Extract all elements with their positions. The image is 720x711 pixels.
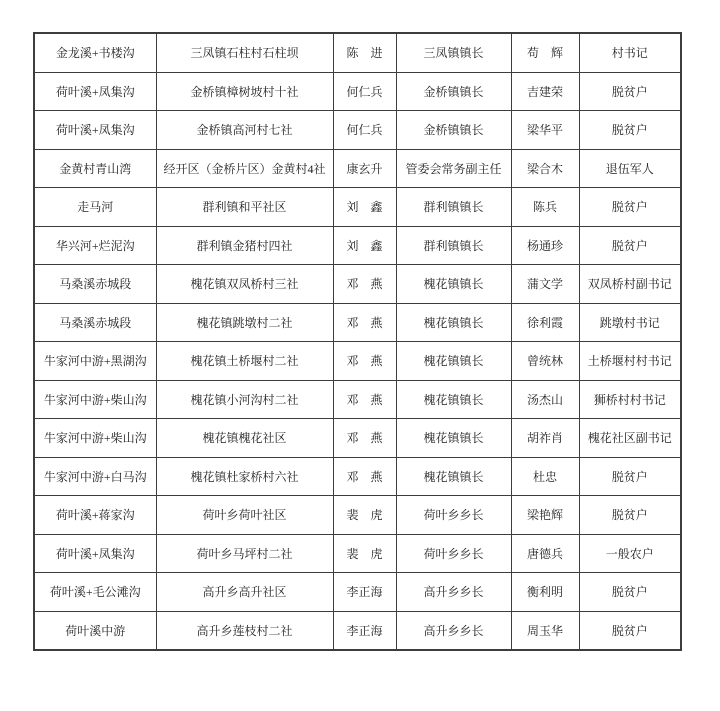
cell-location: 槐花镇小河沟村二社 [156, 380, 333, 419]
cell-river-section: 荷叶溪中游 [34, 611, 156, 650]
cell-resident-name: 吉建荣 [511, 72, 579, 111]
cell-resident-identity: 村书记 [579, 33, 681, 72]
table-row: 牛家河中游+柴山沟 槐花镇槐花社区 邓 燕 槐花镇镇长 胡祚肖 槐花社区副书记 [34, 419, 681, 458]
cell-chief-name: 裴 虎 [333, 496, 396, 535]
cell-location: 群利镇和平社区 [156, 188, 333, 227]
cell-river-section: 金黄村青山湾 [34, 149, 156, 188]
cell-river-section: 牛家河中游+黑湖沟 [34, 342, 156, 381]
table-row: 马桑溪赤城段 槐花镇跳墩村二社 邓 燕 槐花镇镇长 徐利霞 跳墩村书记 [34, 303, 681, 342]
table-row: 牛家河中游+柴山沟 槐花镇小河沟村二社 邓 燕 槐花镇镇长 汤杰山 狮桥村村书记 [34, 380, 681, 419]
cell-resident-identity: 脱贫户 [579, 111, 681, 150]
table-row: 荷叶溪中游 高升乡莲枝村二社 李正海 高升乡乡长 周玉华 脱贫户 [34, 611, 681, 650]
cell-location: 金桥镇高河村七社 [156, 111, 333, 150]
cell-chief-name: 邓 燕 [333, 380, 396, 419]
cell-location: 经开区（金桥片区）金黄村4社 [156, 149, 333, 188]
cell-chief-title: 槐花镇镇长 [396, 265, 511, 304]
cell-chief-name: 李正海 [333, 573, 396, 612]
cell-river-section: 马桑溪赤城段 [34, 265, 156, 304]
cell-resident-name: 杜忠 [511, 457, 579, 496]
cell-location: 高升乡莲枝村二社 [156, 611, 333, 650]
cell-resident-identity: 双凤桥村副书记 [579, 265, 681, 304]
cell-location: 荷叶乡马坪村二社 [156, 534, 333, 573]
cell-river-section: 走马河 [34, 188, 156, 227]
cell-chief-name: 邓 燕 [333, 342, 396, 381]
cell-chief-title: 高升乡乡长 [396, 573, 511, 612]
cell-location: 金桥镇樟树坡村十社 [156, 72, 333, 111]
cell-chief-name: 康玄升 [333, 149, 396, 188]
cell-chief-title: 群利镇镇长 [396, 226, 511, 265]
cell-resident-name: 徐利霞 [511, 303, 579, 342]
cell-chief-title: 三凤镇镇长 [396, 33, 511, 72]
table-row: 荷叶溪+凤集沟 金桥镇高河村七社 何仁兵 金桥镇镇长 梁华平 脱贫户 [34, 111, 681, 150]
table-row: 华兴河+烂泥沟 群利镇金猪村四社 刘 鑫 群利镇镇长 杨通珍 脱贫户 [34, 226, 681, 265]
cell-river-section: 荷叶溪+凤集沟 [34, 72, 156, 111]
cell-resident-name: 陈兵 [511, 188, 579, 227]
cell-chief-name: 李正海 [333, 611, 396, 650]
cell-resident-name: 梁艳辉 [511, 496, 579, 535]
table-row: 牛家河中游+白马沟 槐花镇杜家桥村六社 邓 燕 槐花镇镇长 杜忠 脱贫户 [34, 457, 681, 496]
table-row: 牛家河中游+黑湖沟 槐花镇土桥堰村二社 邓 燕 槐花镇镇长 曾统林 土桥堰村村书… [34, 342, 681, 381]
cell-river-section: 荷叶溪+蒋家沟 [34, 496, 156, 535]
table-row: 荷叶溪+凤集沟 荷叶乡马坪村二社 裴 虎 荷叶乡乡长 唐德兵 一般农户 [34, 534, 681, 573]
cell-location: 高升乡高升社区 [156, 573, 333, 612]
cell-chief-title: 金桥镇镇长 [396, 72, 511, 111]
table-row: 马桑溪赤城段 槐花镇双凤桥村三社 邓 燕 槐花镇镇长 蒲文学 双凤桥村副书记 [34, 265, 681, 304]
cell-resident-identity: 脱贫户 [579, 573, 681, 612]
cell-resident-name: 梁合木 [511, 149, 579, 188]
cell-chief-title: 槐花镇镇长 [396, 380, 511, 419]
table-row: 走马河 群利镇和平社区 刘 鑫 群利镇镇长 陈兵 脱贫户 [34, 188, 681, 227]
cell-river-section: 荷叶溪+凤集沟 [34, 534, 156, 573]
cell-chief-title: 槐花镇镇长 [396, 419, 511, 458]
cell-river-section: 牛家河中游+白马沟 [34, 457, 156, 496]
table-row: 荷叶溪+蒋家沟 荷叶乡荷叶社区 裴 虎 荷叶乡乡长 梁艳辉 脱贫户 [34, 496, 681, 535]
cell-resident-identity: 一般农户 [579, 534, 681, 573]
cell-river-section: 牛家河中游+柴山沟 [34, 419, 156, 458]
table-row: 荷叶溪+凤集沟 金桥镇樟树坡村十社 何仁兵 金桥镇镇长 吉建荣 脱贫户 [34, 72, 681, 111]
cell-location: 槐花镇槐花社区 [156, 419, 333, 458]
cell-chief-name: 陈 进 [333, 33, 396, 72]
cell-river-section: 牛家河中游+柴山沟 [34, 380, 156, 419]
cell-location: 槐花镇跳墩村二社 [156, 303, 333, 342]
cell-resident-identity: 狮桥村村书记 [579, 380, 681, 419]
cell-resident-identity: 脱贫户 [579, 72, 681, 111]
cell-location: 群利镇金猪村四社 [156, 226, 333, 265]
cell-resident-name: 梁华平 [511, 111, 579, 150]
cell-resident-identity: 脱贫户 [579, 457, 681, 496]
cell-chief-name: 邓 燕 [333, 265, 396, 304]
cell-chief-title: 槐花镇镇长 [396, 303, 511, 342]
cell-resident-name: 唐德兵 [511, 534, 579, 573]
cell-chief-name: 邓 燕 [333, 419, 396, 458]
cell-resident-identity: 脱贫户 [579, 226, 681, 265]
cell-chief-title: 管委会常务副主任 [396, 149, 511, 188]
cell-chief-name: 何仁兵 [333, 111, 396, 150]
cell-resident-name: 曾统林 [511, 342, 579, 381]
cell-chief-title: 槐花镇镇长 [396, 342, 511, 381]
cell-resident-identity: 槐花社区副书记 [579, 419, 681, 458]
cell-resident-name: 胡祚肖 [511, 419, 579, 458]
table-row: 金龙溪+书楼沟 三凤镇石柱村石柱坝 陈 进 三凤镇镇长 苟 辉 村书记 [34, 33, 681, 72]
cell-chief-title: 荷叶乡乡长 [396, 496, 511, 535]
cell-chief-name: 裴 虎 [333, 534, 396, 573]
cell-chief-title: 槐花镇镇长 [396, 457, 511, 496]
cell-chief-name: 刘 鑫 [333, 188, 396, 227]
cell-chief-name: 刘 鑫 [333, 226, 396, 265]
cell-location: 荷叶乡荷叶社区 [156, 496, 333, 535]
cell-resident-name: 苟 辉 [511, 33, 579, 72]
cell-location: 槐花镇杜家桥村六社 [156, 457, 333, 496]
cell-river-section: 华兴河+烂泥沟 [34, 226, 156, 265]
cell-chief-name: 何仁兵 [333, 72, 396, 111]
cell-resident-identity: 土桥堰村村书记 [579, 342, 681, 381]
cell-chief-name: 邓 燕 [333, 457, 396, 496]
cell-location: 槐花镇土桥堰村二社 [156, 342, 333, 381]
cell-chief-title: 群利镇镇长 [396, 188, 511, 227]
cell-resident-name: 杨通珍 [511, 226, 579, 265]
cell-river-section: 荷叶溪+毛公滩沟 [34, 573, 156, 612]
table-row: 金黄村青山湾 经开区（金桥片区）金黄村4社 康玄升 管委会常务副主任 梁合木 退… [34, 149, 681, 188]
cell-river-section: 马桑溪赤城段 [34, 303, 156, 342]
cell-resident-identity: 跳墩村书记 [579, 303, 681, 342]
cell-resident-name: 蒲文学 [511, 265, 579, 304]
cell-resident-identity: 脱贫户 [579, 188, 681, 227]
cell-resident-identity: 脱贫户 [579, 611, 681, 650]
river-chief-assignment-table: 金龙溪+书楼沟 三凤镇石柱村石柱坝 陈 进 三凤镇镇长 苟 辉 村书记 荷叶溪+… [33, 32, 682, 651]
cell-river-section: 荷叶溪+凤集沟 [34, 111, 156, 150]
cell-resident-identity: 退伍军人 [579, 149, 681, 188]
cell-river-section: 金龙溪+书楼沟 [34, 33, 156, 72]
cell-location: 三凤镇石柱村石柱坝 [156, 33, 333, 72]
cell-chief-title: 金桥镇镇长 [396, 111, 511, 150]
table-row: 荷叶溪+毛公滩沟 高升乡高升社区 李正海 高升乡乡长 衡利明 脱贫户 [34, 573, 681, 612]
cell-resident-identity: 脱贫户 [579, 496, 681, 535]
cell-chief-name: 邓 燕 [333, 303, 396, 342]
cell-resident-name: 周玉华 [511, 611, 579, 650]
cell-chief-title: 荷叶乡乡长 [396, 534, 511, 573]
cell-resident-name: 衡利明 [511, 573, 579, 612]
cell-resident-name: 汤杰山 [511, 380, 579, 419]
cell-location: 槐花镇双凤桥村三社 [156, 265, 333, 304]
cell-chief-title: 高升乡乡长 [396, 611, 511, 650]
document-page: 金龙溪+书楼沟 三凤镇石柱村石柱坝 陈 进 三凤镇镇长 苟 辉 村书记 荷叶溪+… [0, 0, 720, 711]
